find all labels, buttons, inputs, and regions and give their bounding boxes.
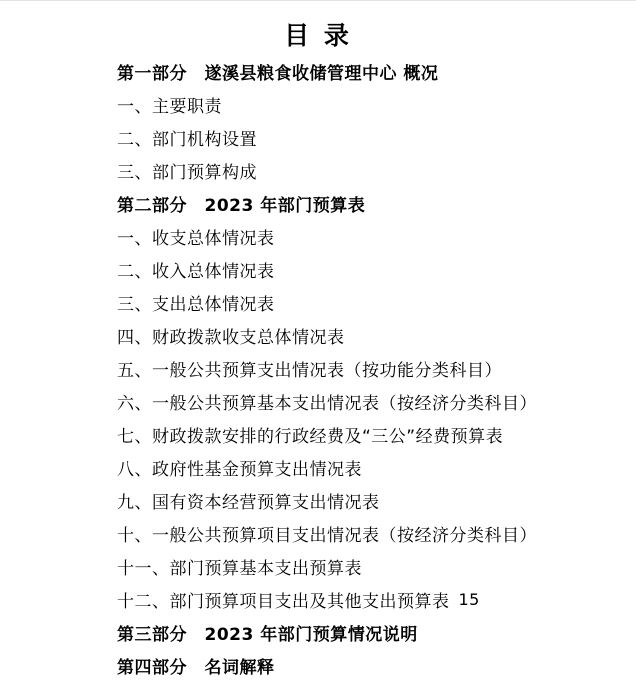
toc-entry: 三、支出总体情况表 [117,286,608,319]
toc-entry-text: 二、收入总体情况表 [117,257,275,282]
toc-list: 第一部分 遂溪县粮食收储管理中心 概况一、主要职责二、部门机构设置三、部门预算构… [0,55,636,680]
toc-entry: 五、一般公共预算支出情况表（按功能分类科目） [117,352,608,385]
toc-entry-text: 十一、部门预算基本支出预算表 [117,554,362,579]
toc-entry-text: 九、国有资本经营预算支出情况表 [117,488,380,513]
document-page: 目 录 第一部分 遂溪县粮食收储管理中心 概况一、主要职责二、部门机构设置三、部… [0,0,636,680]
toc-entry: 第二部分 2023 年部门预算表 [117,187,608,220]
toc-entry-page-number: 15 [459,590,480,609]
toc-entry-text: 六、一般公共预算基本支出情况表（按经济分类科目） [117,389,537,414]
toc-entry: 二、收入总体情况表 [117,253,608,286]
toc-entry-text: 第二部分 2023 年部门预算表 [117,191,365,216]
toc-entry-text: 一、收支总体情况表 [117,224,275,249]
toc-entry-text: 十二、部门预算项目支出及其他支出预算表 [117,587,450,612]
toc-entry: 二、部门机构设置 [117,121,608,154]
toc-entry: 七、财政拨款安排的行政经费及“三公”经费预算表 [117,418,608,451]
toc-entry-text: 三、部门预算构成 [117,158,257,183]
toc-entry: 第一部分 遂溪县粮食收储管理中心 概况 [117,55,608,88]
toc-entry: 一、主要职责 [117,88,608,121]
toc-entry: 九、国有资本经营预算支出情况表 [117,484,608,517]
toc-entry-text: 二、部门机构设置 [117,125,257,150]
toc-entry-text: 四、财政拨款收支总体情况表 [117,323,345,348]
toc-entry-text: 第四部分 名词解释 [117,653,275,678]
toc-entry-text: 五、一般公共预算支出情况表（按功能分类科目） [117,356,502,381]
toc-entry: 三、部门预算构成 [117,154,608,187]
toc-entry-text: 第一部分 遂溪县粮食收储管理中心 概况 [117,59,438,84]
toc-entry-text: 第三部分 2023 年部门预算情况说明 [117,620,418,645]
toc-entry-text: 七、财政拨款安排的行政经费及“三公”经费预算表 [117,422,503,447]
toc-entry: 第三部分 2023 年部门预算情况说明 [117,616,608,649]
toc-entry-text: 三、支出总体情况表 [117,290,275,315]
toc-entry-text: 一、主要职责 [117,92,222,117]
toc-entry: 四、财政拨款收支总体情况表 [117,319,608,352]
toc-entry-text: 八、政府性基金预算支出情况表 [117,455,362,480]
toc-entry: 一、收支总体情况表 [117,220,608,253]
toc-entry: 八、政府性基金预算支出情况表 [117,451,608,484]
toc-entry: 十一、部门预算基本支出预算表 [117,550,608,583]
toc-entry: 六、一般公共预算基本支出情况表（按经济分类科目） [117,385,608,418]
page-title: 目 录 [0,22,636,49]
toc-entry: 十二、部门预算项目支出及其他支出预算表15 [117,583,608,616]
toc-entry-text: 十、一般公共预算项目支出情况表（按经济分类科目） [117,521,537,546]
toc-entry: 十、一般公共预算项目支出情况表（按经济分类科目） [117,517,608,550]
toc-entry: 第四部分 名词解释 [117,649,608,680]
